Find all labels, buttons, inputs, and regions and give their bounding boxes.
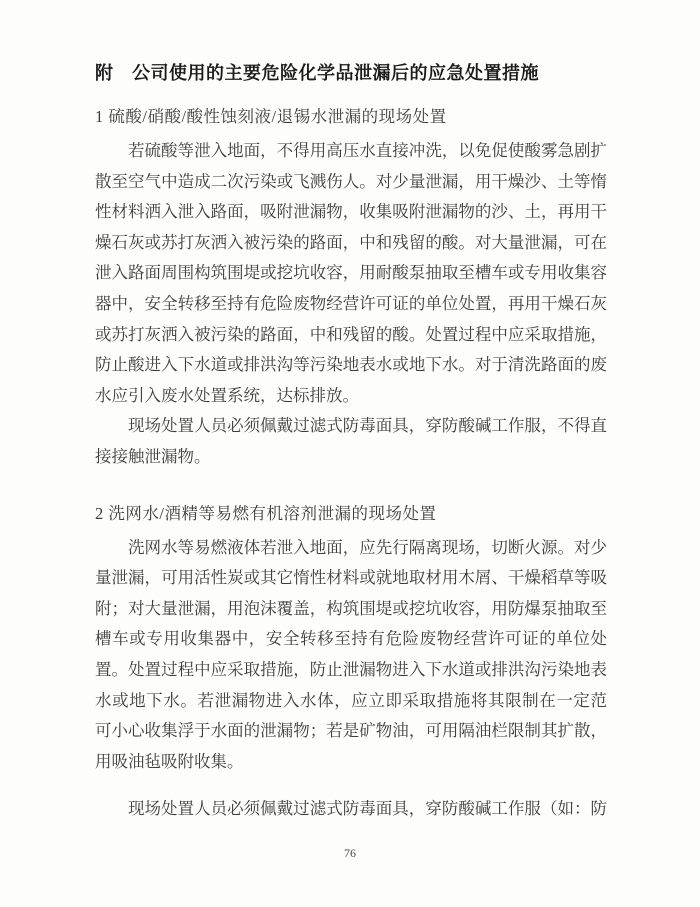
text-line: 或苏打灰洒入被污染的路面，中和残留的酸。处置过程中应采取措施，: [95, 320, 607, 351]
text-line: 若硫酸等泄入地面，不得用高压水直接冲洗，以免促使酸雾急剧扩: [95, 136, 607, 167]
text-line: 泄入路面周围构筑围堤或挖坑收容，用耐酸泵抽取至槽车或专用收集容: [95, 258, 607, 289]
text-line: 水或地下水。若泄漏物进入水体，应立即采取措施将其限制在一定范围，: [95, 686, 607, 717]
document-page: 附 公司使用的主要危险化学品泄漏后的应急处置措施 1 硫酸/硝酸/酸性蚀刻液/退…: [0, 0, 700, 907]
sections-container: 1 硫酸/硝酸/酸性蚀刻液/退锡水泄漏的现场处置若硫酸等泄入地面，不得用高压水直…: [95, 102, 607, 825]
text-line: 现场处置人员必须佩戴过滤式防毒面具，穿防酸碱工作服，不得直: [95, 411, 607, 442]
text-line: 现场处置人员必须佩戴过滤式防毒面具，穿防酸碱工作服（如：防: [95, 794, 607, 825]
text-line: 量泄漏，可用活性炭或其它惰性材料或就地取材用木屑、干燥稻草等吸: [95, 563, 607, 594]
paragraph: 现场处置人员必须佩戴过滤式防毒面具，穿防酸碱工作服（如：防: [95, 794, 607, 825]
page-title: 附 公司使用的主要危险化学品泄漏后的应急处置措施: [95, 60, 607, 87]
text-line: 附；对大量泄漏，用泡沫覆盖，构筑围堤或挖坑收容，用防爆泵抽取至: [95, 594, 607, 625]
text-line: 防止酸进入下水道或排洪沟等污染地表水或地下水。对于清洗路面的废: [95, 350, 607, 381]
section: 2 洗网水/酒精等易燃有机溶剂泄漏的现场处置洗网水等易燃液体若泄入地面，应先行隔…: [95, 499, 607, 825]
text-line: 洗网水等易燃液体若泄入地面，应先行隔离现场，切断火源。对少: [95, 533, 607, 564]
text-line: 散至空气中造成二次污染或飞溅伤人。对少量泄漏，用干燥沙、土等惰: [95, 167, 607, 198]
text-line: 接接触泄漏物。: [95, 442, 607, 473]
paragraph: 洗网水等易燃液体若泄入地面，应先行隔离现场，切断火源。对少量泄漏，可用活性炭或其…: [95, 533, 607, 778]
section: 1 硫酸/硝酸/酸性蚀刻液/退锡水泄漏的现场处置若硫酸等泄入地面，不得用高压水直…: [95, 102, 607, 473]
text-line: 置。处置过程中应采取措施，防止泄漏物进入下水道或排洪沟污染地表: [95, 655, 607, 686]
text-line: 性材料洒入泄入路面，吸附泄漏物，收集吸附泄漏物的沙、土，再用干: [95, 197, 607, 228]
text-line: 用吸油毡吸附收集。: [95, 747, 607, 778]
text-line: 器中，安全转移至持有危险废物经营许可证的单位处置，再用干燥石灰: [95, 289, 607, 320]
text-line: 燥石灰或苏打灰洒入被污染的路面，中和残留的酸。对大量泄漏，可在: [95, 228, 607, 259]
paragraph: 若硫酸等泄入地面，不得用高压水直接冲洗，以免促使酸雾急剧扩散至空气中造成二次污染…: [95, 136, 607, 411]
page-content: 附 公司使用的主要危险化学品泄漏后的应急处置措施 1 硫酸/硝酸/酸性蚀刻液/退…: [95, 60, 607, 825]
section-heading: 1 硫酸/硝酸/酸性蚀刻液/退锡水泄漏的现场处置: [95, 102, 607, 132]
page-number: 76: [0, 846, 700, 861]
text-line: 可小心收集浮于水面的泄漏物；若是矿物油，可用隔油栏限制其扩散，: [95, 716, 607, 747]
section-heading: 2 洗网水/酒精等易燃有机溶剂泄漏的现场处置: [95, 499, 607, 529]
text-line: 槽车或专用收集器中，安全转移至持有危险废物经营许可证的单位处: [95, 624, 607, 655]
paragraph: 现场处置人员必须佩戴过滤式防毒面具，穿防酸碱工作服，不得直接接触泄漏物。: [95, 411, 607, 472]
text-line: 水应引入废水处置系统，达标排放。: [95, 381, 607, 412]
